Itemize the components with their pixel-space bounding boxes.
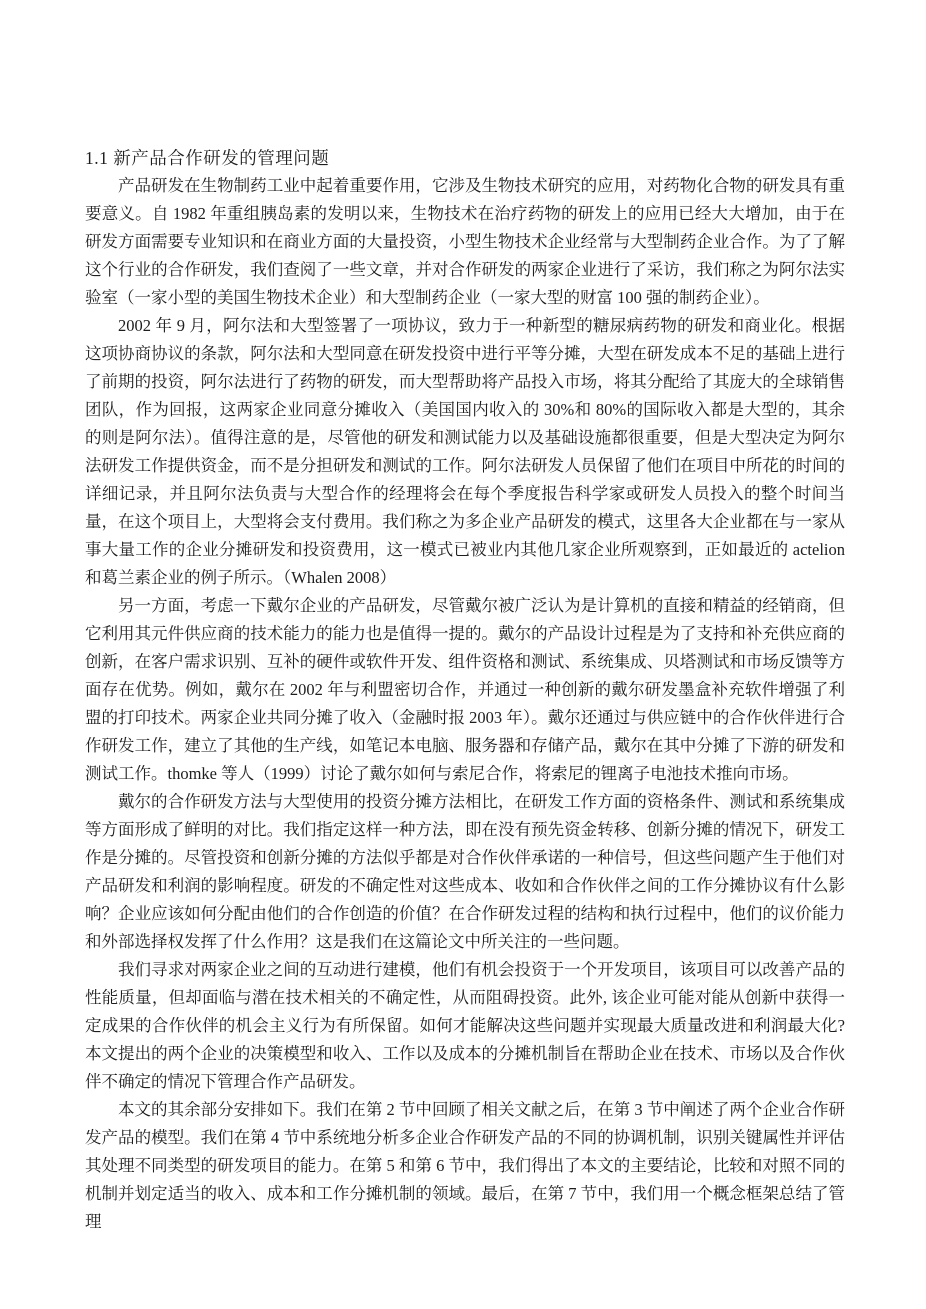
document-page: 1.1 新产品合作研发的管理问题 产品研发在生物制药工业中起着重要作用，它涉及生… — [0, 0, 926, 1309]
paragraph: 戴尔的合作研发方法与大型使用的投资分摊方法相比，在研发工作方面的资格条件、测试和… — [85, 788, 845, 956]
text-block: 1.1 新产品合作研发的管理问题 产品研发在生物制药工业中起着重要作用，它涉及生… — [85, 144, 845, 1236]
paragraph: 本文的其余部分安排如下。我们在第 2 节中回顾了相关文献之后，在第 3 节中阐述… — [85, 1096, 845, 1236]
paragraph: 我们寻求对两家企业之间的互动进行建模，他们有机会投资于一个开发项目，该项目可以改… — [85, 956, 845, 1096]
paragraph: 另一方面，考虑一下戴尔企业的产品研发，尽管戴尔被广泛认为是计算机的直接和精益的经… — [85, 592, 845, 788]
paragraph: 2002 年 9 月，阿尔法和大型签署了一项协议，致力于一种新型的糖尿病药物的研… — [85, 312, 845, 592]
section-heading: 1.1 新产品合作研发的管理问题 — [85, 144, 845, 172]
paragraph: 产品研发在生物制药工业中起着重要作用，它涉及生物技术研究的应用，对药物化合物的研… — [85, 172, 845, 312]
